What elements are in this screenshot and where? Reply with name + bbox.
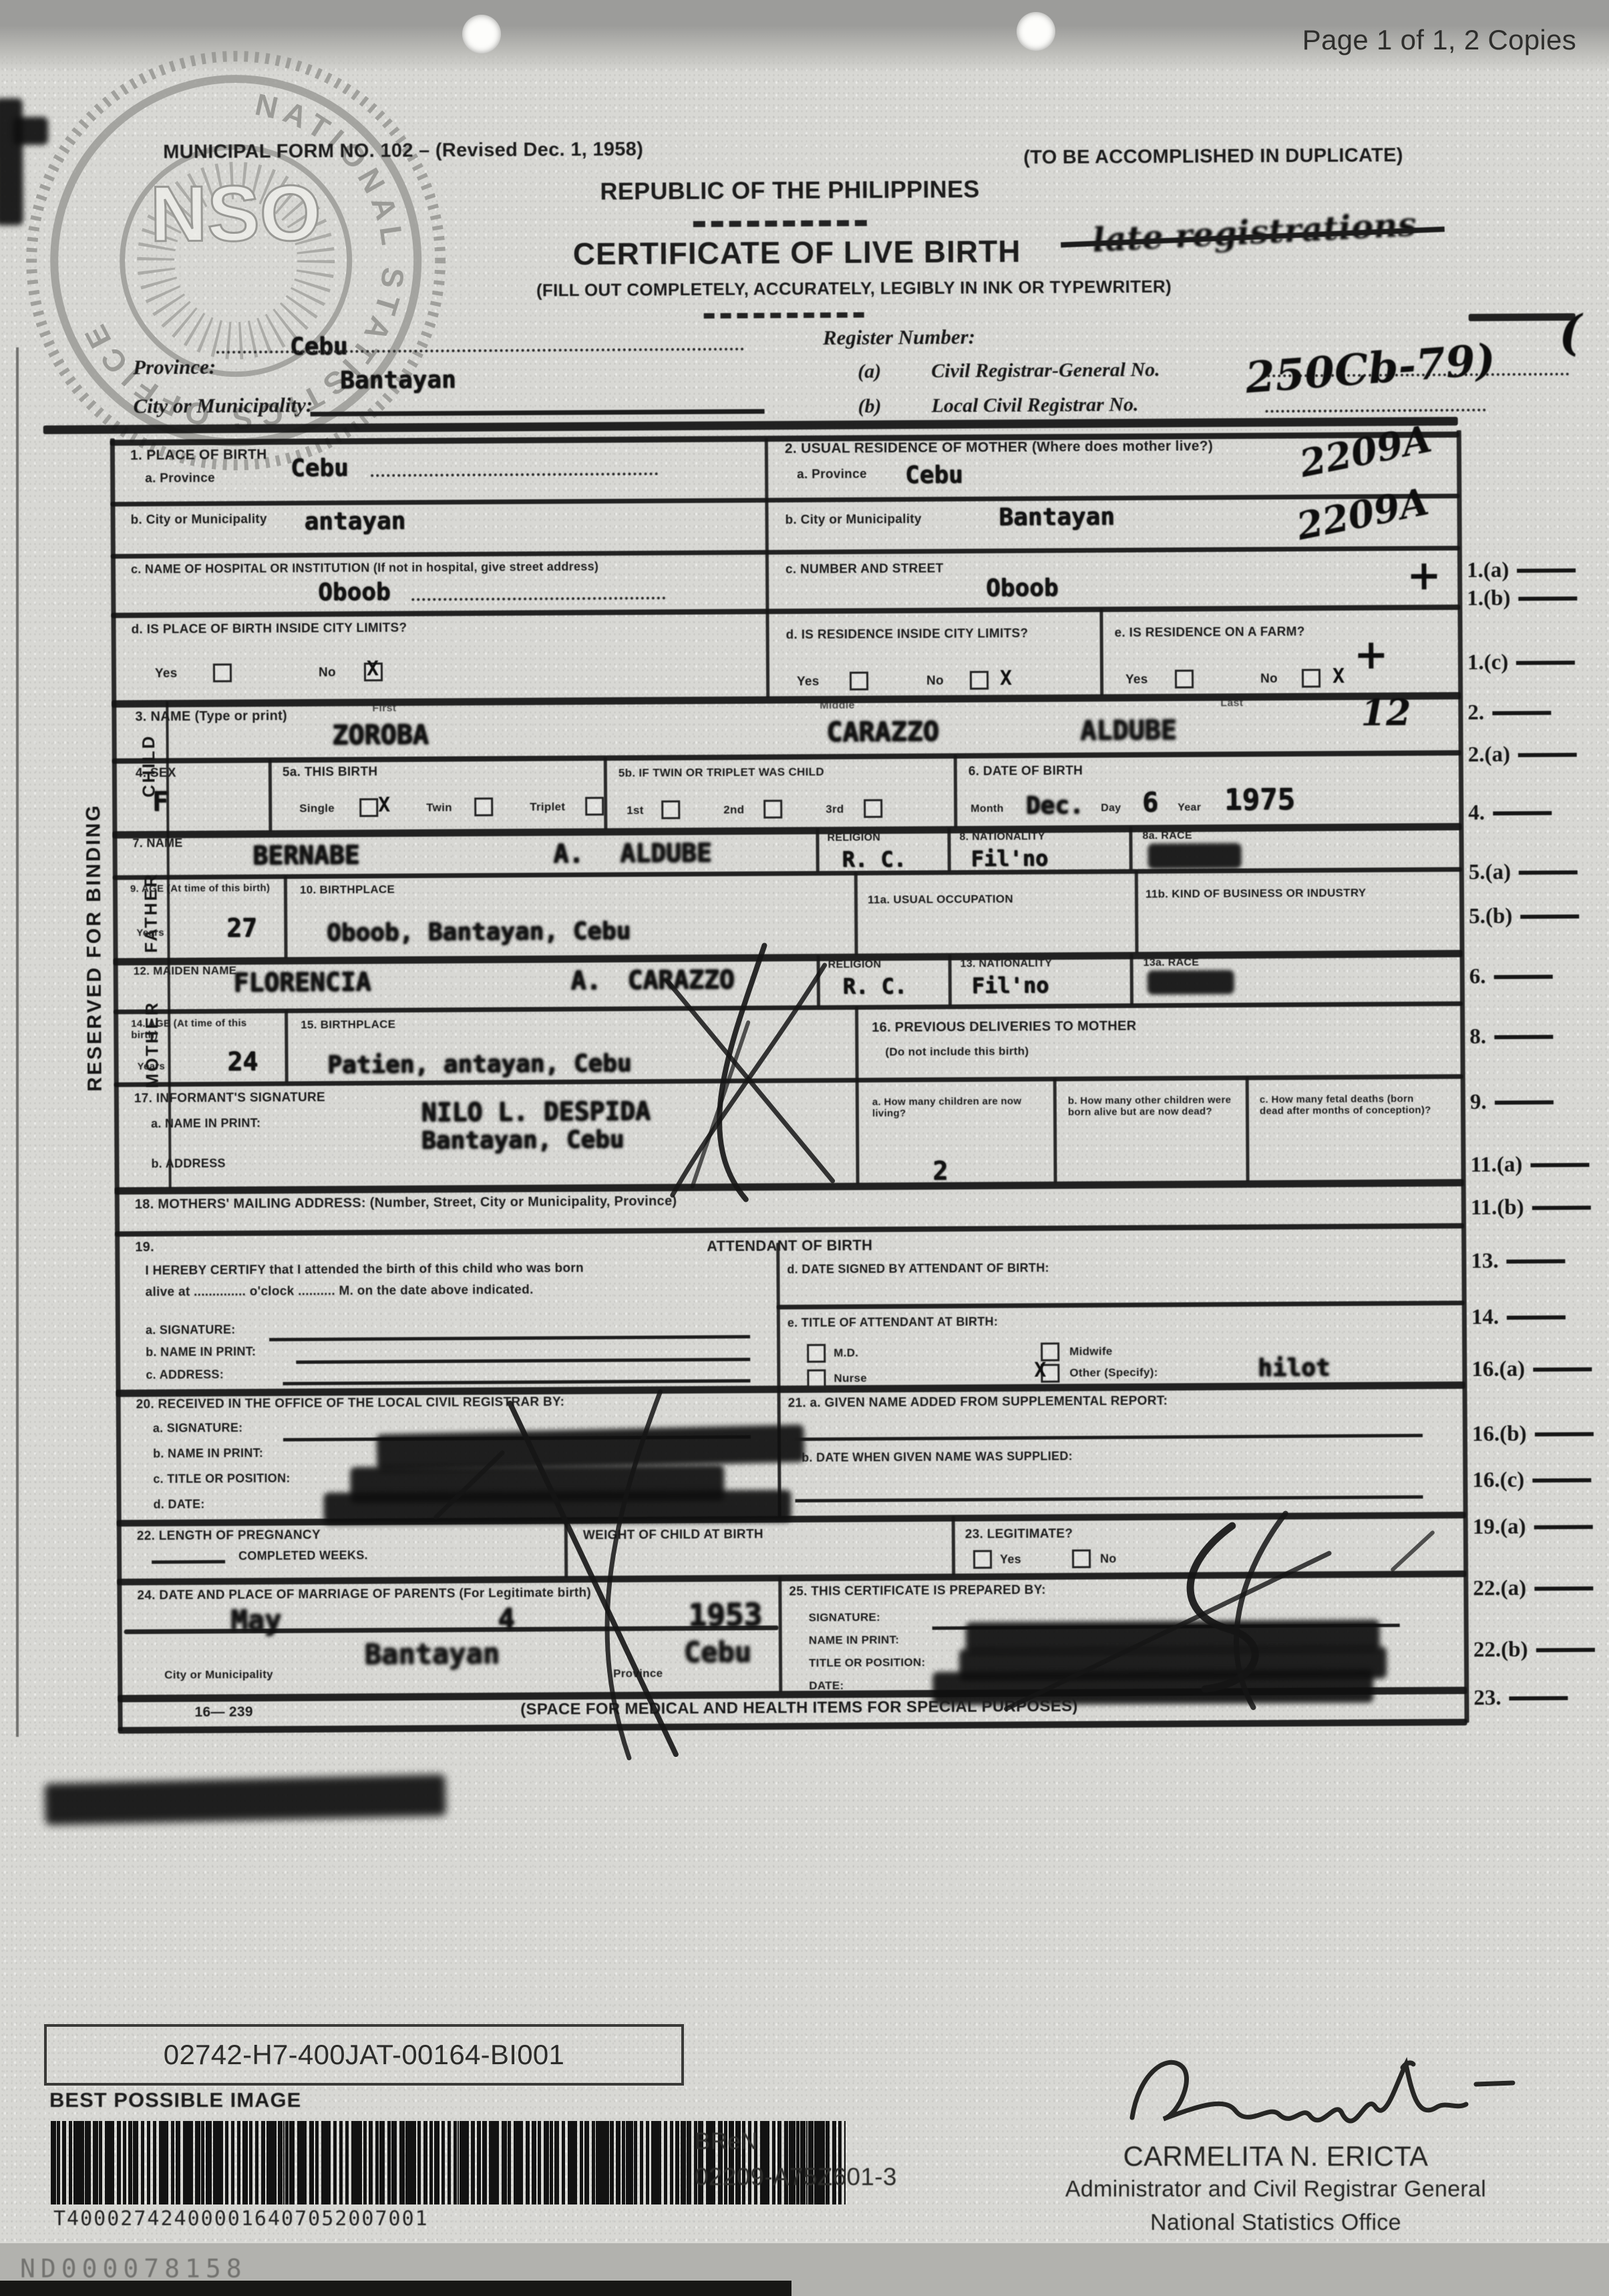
rule: [115, 1223, 1464, 1237]
midwife-label: Midwife: [1069, 1345, 1113, 1358]
res-province-label: a. Province: [797, 467, 867, 482]
duplicate-note: (TO BE ACCOMPLISHED IN DUPLICATE): [1023, 144, 1403, 169]
marriage-label: 24. DATE AND PLACE OF MARRIAGE OF PARENT…: [137, 1585, 765, 1603]
father-race-label: 8a. RACE: [1142, 830, 1192, 842]
checkbox-legit-yes: [973, 1550, 992, 1569]
checkbox-no: [1302, 669, 1320, 687]
handwritten-2209a: 2209A: [1296, 417, 1435, 486]
prepared-name-label: NAME IN PRINT:: [809, 1633, 900, 1647]
strip-number: ND000078158: [20, 2254, 247, 2283]
res-municipality-value: Bantayan: [999, 503, 1115, 531]
mother-race-label: 13a. RACE: [1143, 957, 1200, 969]
republic-heading: REPUBLIC OF THE PHILIPPINES: [576, 175, 1003, 205]
fill-instruction: (FILL OUT COMPLETELY, ACCURATELY, LEGIBL…: [490, 277, 1218, 301]
column-divider: [1246, 1077, 1250, 1182]
register-a-label: (a): [858, 360, 881, 383]
certify-line-2: alive at .............. o'clock ........…: [146, 1282, 720, 1300]
local-register-number-handwritten: 250Cb-79): [1244, 335, 1497, 403]
pob-province-label: a. Province: [145, 471, 215, 486]
triplet-label: Triplet: [530, 800, 565, 814]
municipality-value: Bantayan: [340, 366, 456, 394]
signer-title: Administrator and Civil Registrar Genera…: [995, 2176, 1556, 2202]
signer-org: National Statistics Office: [1042, 2210, 1509, 2236]
year-label: Year: [1178, 802, 1201, 814]
mother-birthplace-value: Patien, antayan, Cebu: [327, 1050, 631, 1080]
rule: [124, 1625, 779, 1634]
margin-item: 13.: [1471, 1249, 1565, 1274]
marriage-month: May: [230, 1604, 281, 1637]
seal-center-text: NSO: [150, 169, 322, 259]
other-value: hilot: [1258, 1354, 1330, 1382]
group-label-father: FATHER: [140, 849, 162, 976]
rule: [111, 605, 1460, 618]
margin-item: 22.(b): [1473, 1637, 1595, 1663]
rule: [111, 546, 1460, 558]
rule: [110, 494, 1459, 506]
second-order: 2nd: [723, 804, 744, 817]
received-title-label: c. TITLE OR POSITION:: [153, 1472, 290, 1486]
column-divider: [1053, 1078, 1057, 1183]
form-sheet: NATIONAL STATISTICS OFFICE NSO MUNICIPAL…: [0, 0, 1609, 1875]
checkbox-no: [970, 671, 989, 689]
res-municipality-label: b. City or Municipality: [785, 512, 922, 528]
father-name-label: 7. NAME: [132, 836, 182, 850]
column-divider: [954, 755, 958, 828]
scan-bottom-bar: [0, 2281, 791, 2296]
twin-order-label: 5b. IF TWIN OR TRIPLET WAS CHILD: [618, 765, 939, 780]
child-first-name: ZOROBA: [332, 719, 429, 751]
item-19: 19.: [135, 1240, 154, 1255]
illegible-stamp: [323, 1490, 791, 1524]
completed-weeks-label: COMPLETED WEEKS.: [238, 1548, 368, 1563]
x-mark: X: [1034, 1359, 1046, 1382]
x-mark: X: [1332, 665, 1345, 688]
signer-name: CARMELITA N. ERICTA: [1042, 2140, 1509, 2172]
x-mark: X: [367, 657, 379, 681]
blank-line: [152, 1560, 225, 1564]
father-middle-initial: A.: [554, 839, 584, 868]
dob-day: 6: [1142, 788, 1158, 818]
province-label: Province:: [133, 355, 216, 379]
legitimate-label: 23. LEGITIMATE?: [965, 1527, 1073, 1542]
first-order: 1st: [627, 804, 644, 817]
pob-province-value: Cebu: [291, 454, 349, 482]
group-label-mother: MOTHER: [142, 979, 163, 1110]
municipality-label: City or Municipality:: [133, 393, 313, 418]
rule: [112, 823, 1461, 838]
marriage-city-value: Bantayan: [365, 1637, 500, 1671]
received-name-label: b. NAME IN PRINT:: [153, 1446, 263, 1461]
child-name-label: 3. NAME (Type or print): [135, 709, 287, 725]
dob-label: 6. DATE OF BIRTH: [968, 764, 1083, 779]
father-religion-label: RELIGION: [827, 832, 880, 844]
checkbox-triplet: [585, 797, 604, 816]
margin-dash: [1469, 313, 1576, 321]
rule: [118, 1719, 1467, 1734]
father-age-value: 27: [226, 913, 257, 943]
years-label: Years: [138, 1061, 166, 1073]
best-possible-image-label: BEST POSSIBLE IMAGE: [49, 2088, 301, 2112]
md-label: M.D.: [834, 1346, 858, 1359]
dob-month: Dec.: [1026, 792, 1084, 820]
column-divider: [604, 757, 608, 830]
other-label: Other (Specify):: [1069, 1366, 1157, 1379]
margin-item: 16.(b): [1472, 1422, 1594, 1447]
margin-item: 1.(b): [1467, 586, 1577, 611]
column-divider: [776, 1243, 781, 1517]
prepared-title-label: TITLE OR POSITION:: [809, 1656, 926, 1670]
margin-item: 23.: [1473, 1685, 1568, 1711]
column-divider: [947, 828, 950, 872]
father-first-name: BERNABE: [253, 840, 360, 870]
middle-header: Middle: [820, 700, 855, 713]
marriage-day: 4: [498, 1603, 515, 1635]
this-birth-label: 5a. THIS BIRTH: [283, 765, 378, 780]
x-mark: X: [378, 794, 390, 817]
previous-deliveries-label: 16. PREVIOUS DELIVERIES TO MOTHER: [872, 1017, 1379, 1036]
mother-age-value: 24: [227, 1047, 258, 1076]
bren-label: BReN: [695, 2128, 758, 2155]
month-label: Month: [970, 803, 1004, 816]
pob-municipality-label: b. City or Municipality: [131, 512, 267, 528]
third-order: 3rd: [826, 803, 844, 816]
handwritten-2209a: 2209A: [1293, 480, 1432, 549]
hospital-label: c. NAME OF HOSPITAL OR INSTITUTION (If n…: [131, 559, 719, 577]
register-a-text: Civil Registrar-General No.: [931, 359, 1160, 383]
registrar-signature: [1082, 2031, 1550, 2151]
day-label: Day: [1101, 802, 1121, 815]
column-divider: [1130, 953, 1133, 1005]
ink-mark: [13, 117, 48, 145]
margin-item: 5.(b): [1469, 904, 1579, 929]
pregnancy-label: 22. LENGTH OF PREGNANCY: [137, 1528, 321, 1544]
yes-label: Yes: [155, 667, 178, 681]
scanned-birth-certificate: Page 1 of 1, 2 Copies NATIONAL STATISTIC…: [0, 0, 1609, 2296]
no-label: No: [319, 665, 336, 680]
checkbox-single: [359, 798, 378, 817]
rule: [112, 750, 1461, 764]
margin-item: 4.: [1468, 800, 1552, 826]
reference-code: 02742-H7-400JAT-00164-BI001: [47, 2039, 681, 2071]
column-divider: [1135, 870, 1139, 953]
weight-label: WEIGHT OF CHILD AT BIRTH: [583, 1526, 930, 1543]
barcode-number: T400027424000016407052007001: [53, 2207, 429, 2231]
rule: [114, 950, 1463, 965]
margin-item: 19.(a): [1473, 1514, 1593, 1540]
margin-item: 2.(a): [1468, 742, 1577, 768]
mother-middle-initial: A.: [571, 966, 602, 995]
supplemental-name-label: 21. a. GIVEN NAME ADDED FROM SUPPLEMENTA…: [788, 1392, 1443, 1411]
blank-line: [795, 1495, 1423, 1502]
certificate-title: CERTIFICATE OF LIVE BIRTH: [570, 234, 1024, 272]
child-last-name: ALDUBE: [1080, 715, 1177, 747]
father-religion-value: R. C.: [842, 846, 907, 872]
received-signature-label: a. SIGNATURE:: [153, 1421, 243, 1436]
blank-line: [795, 1434, 1423, 1441]
attendant-header: ATTENDANT OF BIRTH: [683, 1237, 896, 1255]
form-code: 16— 239: [194, 1704, 252, 1721]
column-divider: [1099, 608, 1103, 695]
handwritten-plus: +: [1407, 550, 1441, 599]
years-label: Years: [136, 927, 164, 939]
column-divider: [817, 955, 820, 1007]
rule: [117, 1512, 1466, 1526]
blank-line: [283, 1379, 750, 1385]
handwritten-paren: (: [1559, 304, 1582, 361]
supplemental-date-label: b. DATE WHEN GIVEN NAME WAS SUPPLIED:: [801, 1448, 1403, 1465]
dashed-divider: [693, 220, 867, 227]
margin-item: 22.(a): [1473, 1576, 1593, 1601]
number-street-label: c. NUMBER AND STREET: [785, 562, 944, 577]
previous-deliveries-sub: (Do not include this birth): [885, 1045, 1029, 1059]
x-mark: X: [1000, 667, 1012, 690]
margin-item: 6.: [1469, 964, 1553, 989]
ink-smear: [45, 1774, 446, 1825]
dashed-divider: [704, 312, 864, 318]
checkbox-md: [807, 1344, 826, 1363]
illegible-race-entry: [1148, 843, 1242, 869]
margin-item: 1.(a): [1467, 558, 1576, 583]
father-occupation-label: 11a. USUAL OCCUPATION: [868, 892, 1013, 907]
attendant-name-label: b. NAME IN PRINT:: [146, 1345, 256, 1359]
informant-name-label: a. NAME IN PRINT:: [151, 1116, 260, 1131]
mother-nationality-value: Fil'no: [972, 973, 1049, 999]
prepared-label: 25. THIS CERTIFICATE IS PREPARED BY:: [789, 1581, 1350, 1599]
form-number: MUNICIPAL FORM NO. 102 – (Revised Dec. 1…: [163, 138, 643, 164]
attendant-title-label: e. TITLE OF ATTENDANT AT BIRTH:: [787, 1313, 1255, 1330]
column-divider: [952, 1516, 956, 1575]
column-divider: [816, 828, 819, 872]
mother-last-name: CARAZZO: [628, 965, 735, 995]
blank-line: [296, 1357, 750, 1363]
column-divider: [855, 1006, 860, 1184]
father-birthplace-label: 10. BIRTHPLACE: [300, 883, 395, 896]
margin-item: 14.: [1471, 1305, 1566, 1330]
checkbox-twin: [474, 798, 493, 816]
margin-item: 9.: [1470, 1090, 1554, 1115]
pob-municipality-value: antayan: [304, 508, 405, 536]
pob-inside-city-label: d. IS PLACE OF BIRTH INSIDE CITY LIMITS?: [132, 621, 506, 637]
rule: [114, 1001, 1463, 1014]
mother-nationality-label: 13. NATIONALITY: [960, 958, 1053, 971]
prepared-signature-label: SIGNATURE:: [809, 1611, 881, 1624]
margin-item: 8.: [1469, 1024, 1553, 1049]
register-number-label: Register Number:: [823, 325, 975, 349]
yes-label: Yes: [1000, 1552, 1021, 1567]
checkbox-1st: [661, 800, 680, 819]
marriage-province-label: Province: [613, 1667, 663, 1680]
number-street-value: Oboob: [986, 575, 1059, 603]
informant-address-label: b. ADDRESS: [151, 1156, 225, 1170]
prepared-date-label: DATE:: [809, 1679, 844, 1693]
mother-religion-label: RELIGION: [828, 959, 882, 971]
marriage-city-label: City or Municipality: [164, 1668, 273, 1682]
sex-label: 4. SEX: [136, 766, 176, 781]
fetal-deaths-label: c. How many fetal deaths (born dead afte…: [1260, 1093, 1437, 1117]
dob-year: 1975: [1224, 782, 1295, 817]
checkbox-yes: [1175, 669, 1194, 688]
margin-item: 16.(c): [1472, 1468, 1591, 1493]
informant-name-value: NILO L. DESPIDA: [421, 1096, 651, 1127]
informant-address-value: Bantayan, Cebu: [421, 1126, 624, 1155]
illegible-stamp: [377, 1424, 805, 1472]
hospital-value: Oboob: [318, 579, 391, 607]
mother-birthplace-label: 15. BIRTHPLACE: [301, 1018, 395, 1031]
blank-line: [269, 1335, 750, 1341]
illegible-race-entry: [1147, 970, 1234, 995]
father-age-label: 9. AGE (At time of this birth): [130, 882, 271, 895]
margin-item: 11.(a): [1470, 1152, 1589, 1178]
column-divider: [948, 955, 952, 1006]
checkbox-legit-no: [1072, 1549, 1091, 1568]
mother-religion-value: R. C.: [843, 973, 908, 999]
margin-item: 11.(b): [1471, 1195, 1591, 1220]
bren-number: 02209-A75Z601-3: [695, 2163, 897, 2192]
dotted-leader: [411, 597, 665, 601]
informant-label: 17. INFORMANT'S SIGNATURE: [134, 1090, 325, 1106]
column-divider: [765, 438, 769, 697]
mailing-address-label: 18. MOTHERS' MAILING ADDRESS: (Number, S…: [135, 1191, 1137, 1212]
reserved-for-binding-label: RESERVED FOR BINDING: [82, 794, 107, 1101]
last-header: Last: [1220, 697, 1243, 710]
rule: [112, 692, 1461, 707]
marriage-year: 1953: [688, 1597, 762, 1633]
dotted-leader: [1266, 409, 1486, 413]
attendant-address-label: c. ADDRESS:: [146, 1367, 224, 1381]
no-label: No: [1260, 672, 1278, 687]
children-living-label: a. How many children are now living?: [872, 1096, 1033, 1120]
received-label: 20. RECEIVED IN THE OFFICE OF THE LOCAL …: [136, 1393, 764, 1412]
attendant-signature-label: a. SIGNATURE:: [146, 1323, 236, 1337]
column-divider: [284, 876, 288, 959]
register-b-text: Local Civil Registrar No.: [931, 393, 1138, 418]
father-last-name: ALDUBE: [620, 838, 713, 868]
child-middle-name: CARAZZO: [826, 717, 939, 748]
marriage-province-value: Cebu: [684, 1635, 751, 1669]
column-divider: [269, 759, 273, 832]
mother-name-label: 12. MAIDEN NAME: [134, 964, 237, 977]
column-divider: [1129, 826, 1132, 870]
no-label: No: [1100, 1552, 1117, 1566]
res-inside-city-label: d. IS RESIDENCE INSIDE CITY LIMITS?: [786, 626, 1087, 643]
scan-edge-line: [16, 347, 19, 1737]
mother-first-name: FLORENCIA: [234, 967, 371, 997]
column-divider: [854, 872, 858, 955]
register-b-label: (b): [858, 395, 881, 418]
single-label: Single: [299, 802, 335, 815]
attendant-date-signed-label: d. DATE SIGNED BY ATTENDANT OF BIRTH:: [787, 1259, 1294, 1276]
mother-age-label: 14. AGE (At time of this birth): [131, 1017, 271, 1041]
no-label: No: [926, 674, 944, 689]
place-of-birth-label: 1. PLACE OF BIRTH: [130, 447, 267, 464]
province-value: Cebu: [290, 333, 348, 361]
yes-label: Yes: [1125, 673, 1148, 687]
rule: [777, 1301, 1465, 1309]
received-date-label: d. DATE:: [154, 1497, 205, 1511]
rule: [114, 1074, 1463, 1087]
checkbox-yes: [213, 663, 232, 682]
column-divider: [778, 1576, 782, 1692]
res-province-value: Cebu: [905, 462, 963, 490]
margin-item: 1.(c): [1467, 650, 1576, 675]
column-divider: [564, 1518, 568, 1577]
checkbox-nurse: [807, 1369, 826, 1388]
handwritten-12: 12: [1361, 691, 1411, 733]
checkbox-3rd: [864, 799, 882, 818]
certify-line-1: I HEREBY CERTIFY that I attended the bir…: [145, 1261, 719, 1279]
father-birthplace-value: Oboob, Bantayan, Cebu: [327, 918, 631, 947]
yes-label: Yes: [797, 675, 820, 689]
father-business-label: 11b. KIND OF BUSINESS OR INDUSTRY: [1145, 886, 1446, 900]
sex-value: F: [152, 787, 168, 818]
checkbox-yes: [850, 671, 868, 690]
checkbox-2nd: [763, 800, 782, 818]
first-header: First: [372, 703, 396, 715]
column-divider: [285, 1010, 289, 1083]
father-nationality-value: Fil'no: [971, 846, 1049, 872]
margin-item: 2.: [1467, 700, 1551, 725]
children-living-value: 2: [932, 1156, 948, 1186]
twin-label: Twin: [426, 801, 452, 814]
handwritten-plus: +: [1354, 630, 1389, 679]
reference-code-box: 02742-H7-400JAT-00164-BI001: [44, 2024, 684, 2086]
father-nationality-label: 8. NATIONALITY: [959, 831, 1045, 844]
children-dead-label: b. How many other children were born ali…: [1068, 1094, 1232, 1118]
margin-item: 5.(a): [1469, 860, 1578, 885]
rule: [115, 1179, 1464, 1194]
nurse-label: Nurse: [834, 1371, 867, 1385]
margin-item: 16.(a): [1471, 1357, 1592, 1382]
